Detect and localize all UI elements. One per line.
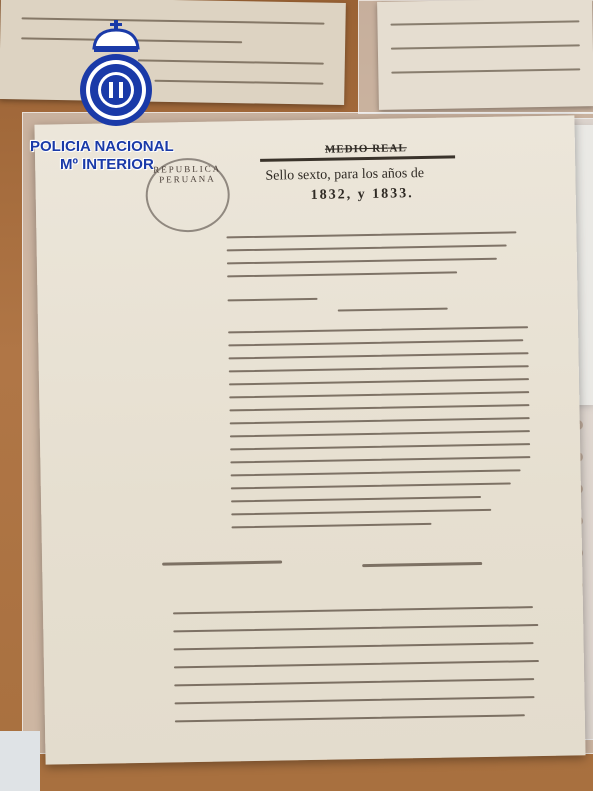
floor-corner bbox=[0, 731, 40, 791]
republica-peruana-seal: REPUBLICA PERUANA bbox=[145, 157, 230, 232]
header-rule bbox=[260, 155, 455, 161]
background-document-top-left bbox=[0, 0, 346, 105]
stamp-header: MEDIO REAL bbox=[325, 142, 407, 155]
background-document-top-right bbox=[377, 0, 593, 110]
stamp-line: Sello sexto, para los años de bbox=[265, 166, 424, 185]
logo-title: POLICIA NACIONAL bbox=[30, 138, 174, 155]
stamp-years: 1832, y 1833. bbox=[311, 186, 414, 204]
policia-nacional-badge-icon bbox=[76, 20, 156, 130]
logo-subtitle: Mº INTERIOR bbox=[60, 156, 154, 173]
historical-document: REPUBLICA PERUANA MEDIO REAL Sello sexto… bbox=[34, 115, 585, 764]
